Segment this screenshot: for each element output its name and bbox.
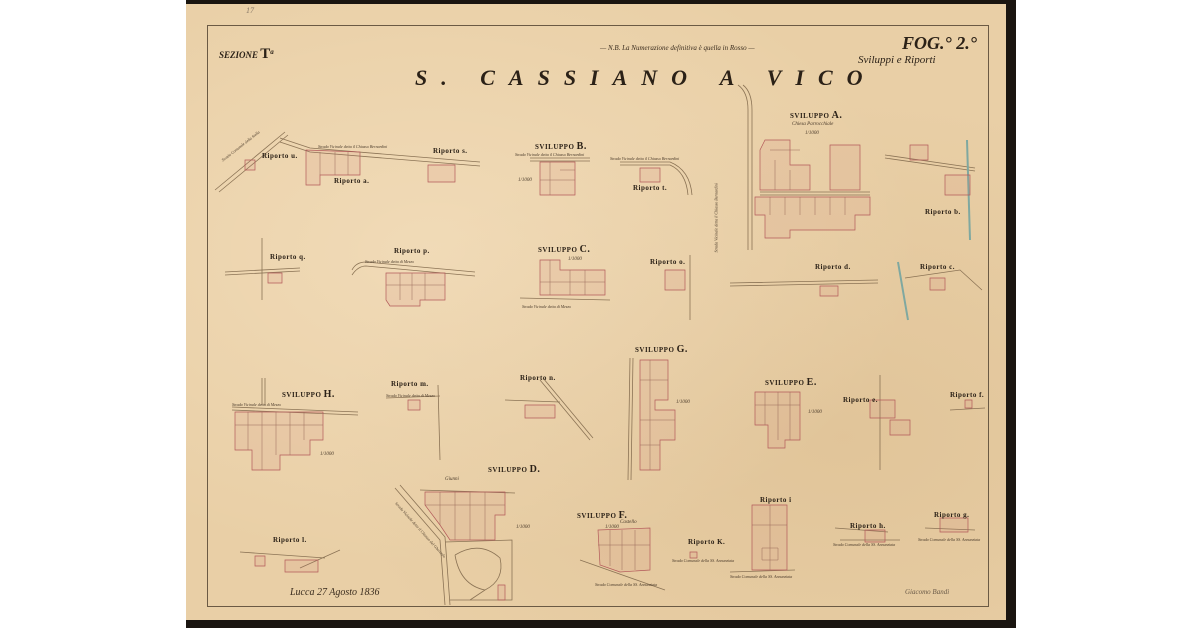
sviluppo-b-label: SVILUPPO B. (535, 141, 587, 152)
map-drawing (0, 0, 1200, 628)
section-label: SEZIONE Ta (219, 46, 274, 63)
map-title: S. CASSIANO A VICO (415, 65, 877, 91)
riporto-i-label: Riporto i (760, 496, 792, 504)
road-label: Strada Vicinale detta il Chiasso Bernard… (610, 156, 679, 161)
riporto-n-label: Riporto n. (520, 374, 556, 382)
sviluppo-h-scale: 1/1000 (320, 452, 334, 457)
riporto-c-label: Riporto c. (920, 263, 955, 271)
riporto-b-label: Riporto b. (925, 208, 961, 216)
numbering-note: — N.B. La Numerazione definitiva è quell… (600, 44, 755, 52)
riporto-f-label: Riporto f. (950, 391, 984, 399)
section-prefix: SEZIONE (219, 50, 258, 60)
riporto-o-label: Riporto o. (650, 258, 685, 266)
road-label: Strada Vicinale detta di Mezzo (386, 393, 435, 398)
sviluppo-b-scale: 1/1000 (518, 178, 532, 183)
sviluppo-a-scale: 1/1000 (805, 131, 819, 136)
riporto-d-label: Riporto d. (815, 263, 851, 271)
riporto-e-label: Riporto e. (843, 396, 878, 404)
sviluppo-a-label: SVILUPPO A. (790, 110, 842, 121)
sheet-number: FOG.° 2.° (902, 33, 977, 54)
riporto-p-label: Riporto p. (394, 247, 430, 255)
sviluppo-f-scale: 1/1000 (605, 525, 619, 530)
sviluppo-h-label: SVILUPPO H. (282, 389, 335, 400)
sviluppo-g-label: SVILUPPO G. (635, 344, 688, 355)
road-label: Strada Vicinale detta il Chiasso Bernard… (714, 183, 719, 252)
riporto-a-label: Riporto a. (334, 177, 369, 185)
surveyor-signature: Giacomo Bandi (905, 588, 949, 596)
sviluppo-e-label: SVILUPPO E. (765, 377, 817, 388)
sviluppo-e-scale: 1/1000 (808, 410, 822, 415)
road-label: Strada Vicinale detta di Mezzo (365, 259, 414, 264)
riporto-m-label: Riporto m. (391, 380, 429, 388)
riporto-l-label: Riporto l. (273, 536, 307, 544)
sviluppo-f-sublabel: Castello (620, 520, 637, 525)
riporto-s-label: Riporto s. (433, 147, 468, 155)
road-label: Strada Comunale della SS. Annunziata (730, 574, 792, 579)
road-label: Strada Vicinale detta di Mezzo (522, 304, 571, 309)
riporto-k-label: Riporto K. (688, 538, 725, 546)
sviluppo-c-label: SVILUPPO C. (538, 244, 590, 255)
road-label: Strada Vicinale detta il Chiasso Bernard… (318, 144, 387, 149)
sviluppo-g-scale: 1/1000 (676, 400, 690, 405)
riporto-h-label: Riporto h. (850, 522, 886, 530)
section-letter: T (260, 46, 270, 62)
riporto-t-label: Riporto t. (633, 184, 667, 192)
riporto-u-label: Riporto u. (262, 152, 298, 160)
road-label: Strada Vicinale detta il Chiasso Bernard… (515, 152, 584, 157)
road-label: Strada Comunale della SS. Annunziata (918, 537, 980, 542)
sviluppo-d-scale: 1/1000 (516, 525, 530, 530)
sviluppo-c-scale: 1/1000 (568, 257, 582, 262)
section-sup: a (270, 48, 274, 56)
road-label: Strada Vicinale detta di Mezzo (232, 402, 281, 407)
riporto-q-label: Riporto q. (270, 253, 306, 261)
sviluppo-d-label: SVILUPPO D. (488, 464, 540, 475)
map-date: Lucca 27 Agosto 1836 (290, 587, 380, 598)
road-label: Strada Comunale della SS. Annunziata (672, 558, 734, 563)
riporto-g-label: Riporto g. (934, 511, 969, 519)
pencil-mark: 17 (246, 6, 254, 15)
sviluppo-a-sublabel: Chiesa Parrocchiale (792, 122, 833, 127)
sviluppo-d-sublabel: Giunni (445, 477, 459, 482)
road-label: Strada Comunale della SS. Annunziata (833, 542, 895, 547)
road-label: Strada Comunale della SS. Annunziata (595, 582, 657, 587)
sheet-subtitle: Sviluppi e Riporti (858, 54, 936, 66)
